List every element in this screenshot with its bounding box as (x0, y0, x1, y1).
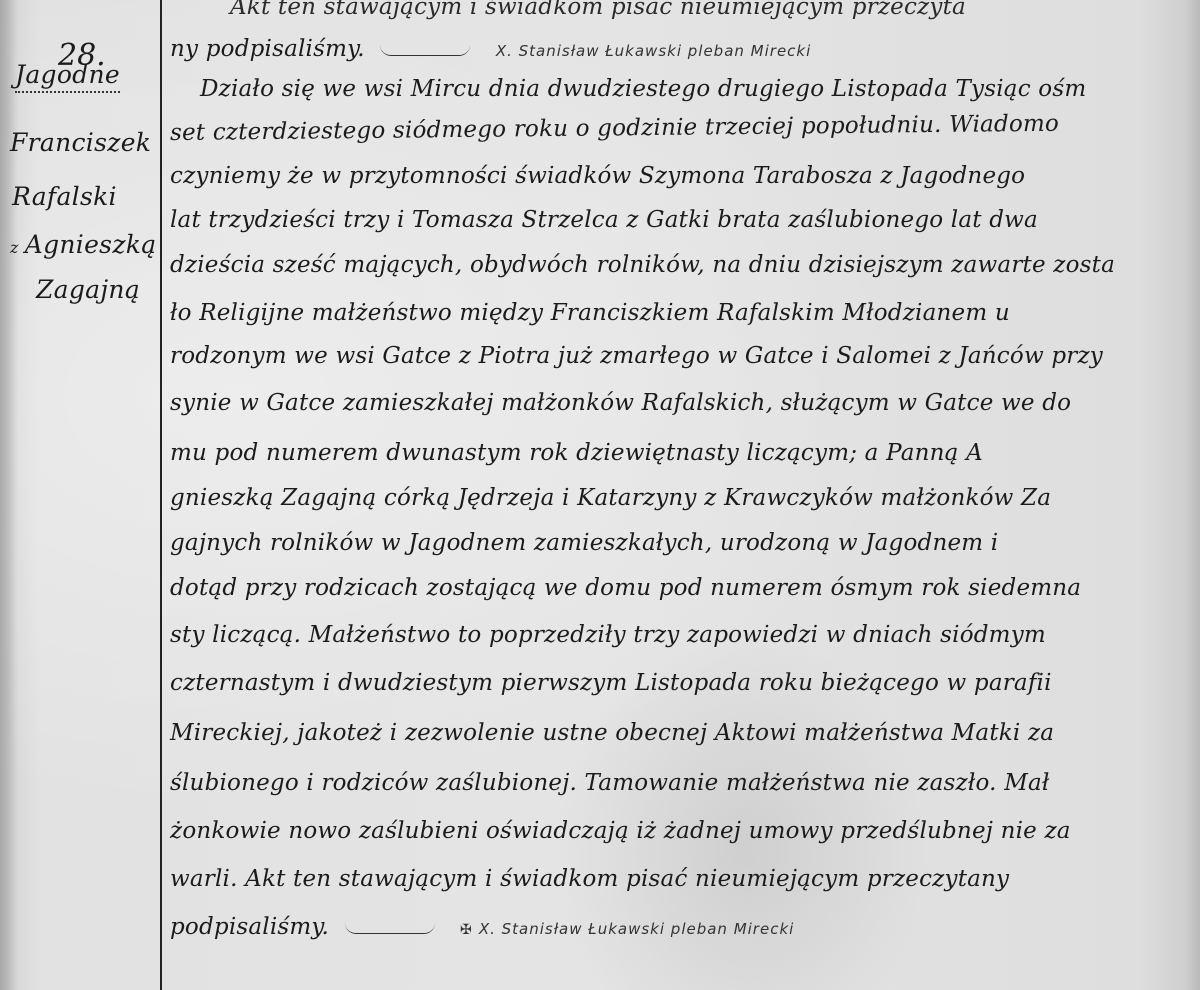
record-line-3: czyniemy że w przytomności świadków Szym… (170, 163, 1025, 189)
record-line-9: mu pod numerem dwunastym rok dziewiętnas… (170, 440, 983, 466)
margin-rule-line (160, 0, 162, 990)
record-line-19: podpisaliśmy. ✠X. Stanisław Łukawski ple… (170, 914, 794, 940)
record-line-13: sty liczącą. Małżeństwo to poprzedziły t… (170, 622, 1046, 648)
margin-bride-prefix: z (10, 238, 19, 257)
margin-bride-surname: Zagajną (36, 275, 140, 304)
record-line-17: żonkowie nowo zaślubieni oświadczają iż … (170, 818, 1071, 844)
record-line-18: warli. Akt ten stawającym i świadkom pis… (170, 866, 1009, 892)
previous-entry-closing: ny podpisaliśmy. (170, 36, 365, 62)
margin-village-name: Jagodne (15, 60, 120, 93)
cross-icon: ✠ (460, 922, 473, 938)
paraph-flourish (345, 923, 435, 934)
record-line-16: ślubionego i rodziców zaślubionej. Tamow… (170, 770, 1050, 796)
record-line-6: ło Religijne małżeństwo między Franciszk… (170, 300, 1010, 326)
record-closing: podpisaliśmy. (170, 914, 329, 940)
priest-signature: ✠X. Stanisław Łukawski pleban Mirecki (460, 920, 794, 938)
record-line-5: dzieścia sześć mających, obydwóch rolnik… (170, 252, 1115, 278)
record-line-15: Mireckiej, jakoteż i zezwolenie ustne ob… (170, 720, 1054, 746)
record-line-12: dotąd przy rodzicach zostającą we domu p… (170, 575, 1081, 601)
previous-entry-signature: X. Stanisław Łukawski pleban Mirecki (496, 42, 811, 60)
margin-groom-surname: Rafalski (12, 182, 117, 211)
record-line-14: czternastym i dwudziestym pierwszym List… (170, 670, 1052, 696)
record-line-10: gnieszką Zagajną córką Jędrzeja i Katarz… (170, 485, 1051, 511)
margin-bride-first-name: zAgnieszką (10, 230, 156, 259)
previous-entry-line-2: ny podpisaliśmy. X. Stanisław Łukawski p… (170, 36, 811, 62)
previous-entry-line-1: Akt ten stawającym i świadkom pisać nieu… (230, 0, 966, 20)
record-line-1: Działo się we wsi Mircu dnia dwudziesteg… (200, 76, 1086, 102)
priest-signature-text: X. Stanisław Łukawski pleban Mirecki (479, 920, 794, 938)
record-line-2: set czterdziestego siódmego roku o godzi… (170, 111, 1059, 146)
paraph-flourish (380, 45, 470, 56)
record-line-4: lat trzydzieści trzy i Tomasza Strzelca … (170, 207, 1038, 233)
margin-groom-first-name: Franciszek (10, 128, 151, 157)
manuscript-page: 28. Jagodne Franciszek Rafalski zAgniesz… (0, 0, 1200, 990)
record-line-8: synie w Gatce zamieszkałej małżonków Raf… (170, 390, 1071, 416)
record-line-7: rodzonym we wsi Gatce z Piotra już zmarł… (170, 343, 1103, 369)
margin-bride-first-name-text: Agnieszką (25, 230, 157, 259)
record-line-11: gajnych rolników w Jagodnem zamieszkałyc… (170, 530, 998, 556)
